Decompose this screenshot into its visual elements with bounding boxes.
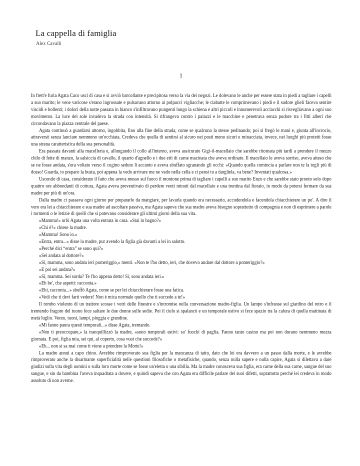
dialogue-line: «Mamma!» urlò Agata una volta entrata in… (31, 218, 332, 225)
dialogue-line: «E poi sei andata?» (31, 267, 332, 274)
dialogue-line: «Perché dici “entra” se sono qui?» (31, 246, 332, 253)
dialogue-line: «Chi è?» chiese la madre. (31, 225, 332, 232)
dialogue-line: «Ehi, racconta...» sbuffò Agata, come se… (31, 288, 332, 295)
dialogue-line: «Mi fanno paura questi temporali...» dis… (31, 322, 332, 329)
page-content: La cappella di famiglia Alex Cavalli 1 I… (0, 0, 360, 466)
paragraph: Dalla madre ci passava ogni giorno per p… (31, 197, 332, 218)
dialogue-line: «Sì, mamma, sono andata ieri pomeriggio,… (31, 260, 332, 267)
paragraph: Uscendo di casa, considerato il fatto ch… (31, 176, 332, 197)
dialogue-line: «Non ti preoccupare,» la tranquillizzò l… (31, 329, 332, 343)
paragraph: La madre annuì a capo chino. Avrebbe rim… (31, 350, 332, 385)
book-page: La cappella di famiglia Alex Cavalli 1 I… (0, 0, 360, 466)
paragraph: Il rombo violento di un trattore scosse … (31, 302, 332, 323)
document-title: La cappella di famiglia (36, 29, 117, 39)
dialogue-line: «Eh be', che aspetti: racconta.» (31, 281, 332, 288)
paragraph: In frett'e furia Agata Caco uscì di casa… (31, 93, 332, 128)
dialogue-line: «Sì, mamma. Sei sorda? Te l'ho appena de… (31, 274, 332, 281)
document-author: Alex Cavalli (36, 41, 61, 47)
dialogue-line: «Eh... non si sa mai come ti viene a pre… (31, 343, 332, 350)
paragraph: Agata continuò a guardarsi attorno, ingo… (31, 128, 332, 149)
document-body: In frett'e furia Agata Caco uscì di casa… (31, 93, 332, 385)
dialogue-line: «Entra, entra...» disse la madre, pur av… (31, 239, 332, 246)
dialogue-line: «Vedi che ti devi farti vedere! Non è mi… (31, 295, 332, 302)
dialogue-line: «Mamma! Sono io.» (31, 232, 332, 239)
paragraph: Era passata davanti alla macelleria e, a… (31, 149, 332, 177)
dialogue-line: «Sei andata al dottore?» (31, 253, 332, 260)
chapter-number: 1 (31, 72, 331, 80)
